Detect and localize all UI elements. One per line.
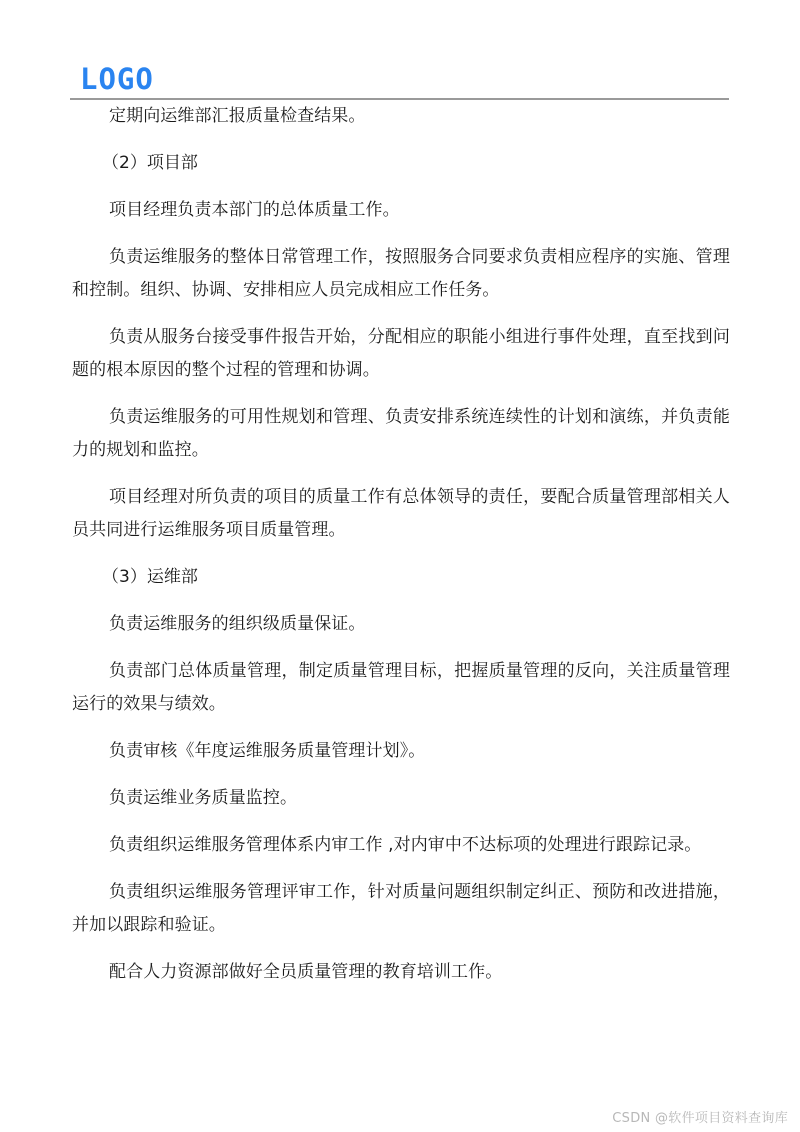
- section-heading-ops-dept: （3）运维部: [72, 561, 730, 594]
- paragraph: 负责运维业务质量监控。: [72, 782, 730, 815]
- document-body: 定期向运维部汇报质量检查结果。 （2）项目部 项目经理负责本部门的总体质量工作。…: [72, 100, 730, 1003]
- paragraph: 负责从服务台接受事件报告开始，分配相应的职能小组进行事件处理，直至找到问题的根本…: [72, 321, 730, 387]
- paragraph: 负责审核《年度运维服务质量管理计划》。: [72, 735, 730, 768]
- paragraph: 定期向运维部汇报质量检查结果。: [72, 100, 730, 133]
- paragraph: 项目经理负责本部门的总体质量工作。: [72, 194, 730, 227]
- section-heading-project-dept: （2）项目部: [72, 147, 730, 180]
- paragraph: 负责组织运维服务管理评审工作，针对质量问题组织制定纠正、预防和改进措施，并加以跟…: [72, 876, 730, 942]
- paragraph: 负责运维服务的整体日常管理工作，按照服务合同要求负责相应程序的实施、管理和控制。…: [72, 241, 730, 307]
- watermark: CSDN @软件项目资料查询库: [612, 1107, 788, 1126]
- paragraph: 负责组织运维服务管理体系内审工作 ,对内审中不达标项的处理进行跟踪记录。: [72, 829, 730, 862]
- page-header: LOGO: [70, 60, 729, 100]
- paragraph: 项目经理对所负责的项目的质量工作有总体领导的责任，要配合质量管理部相关人员共同进…: [72, 481, 730, 547]
- paragraph: 配合人力资源部做好全员质量管理的教育培训工作。: [72, 956, 730, 989]
- paragraph: 负责运维服务的组织级质量保证。: [72, 608, 730, 641]
- logo: LOGO: [80, 64, 154, 94]
- paragraph: 负责运维服务的可用性规划和管理、负责安排系统连续性的计划和演练，并负责能力的规划…: [72, 401, 730, 467]
- paragraph: 负责部门总体质量管理，制定质量管理目标，把握质量管理的反向，关注质量管理运行的效…: [72, 655, 730, 721]
